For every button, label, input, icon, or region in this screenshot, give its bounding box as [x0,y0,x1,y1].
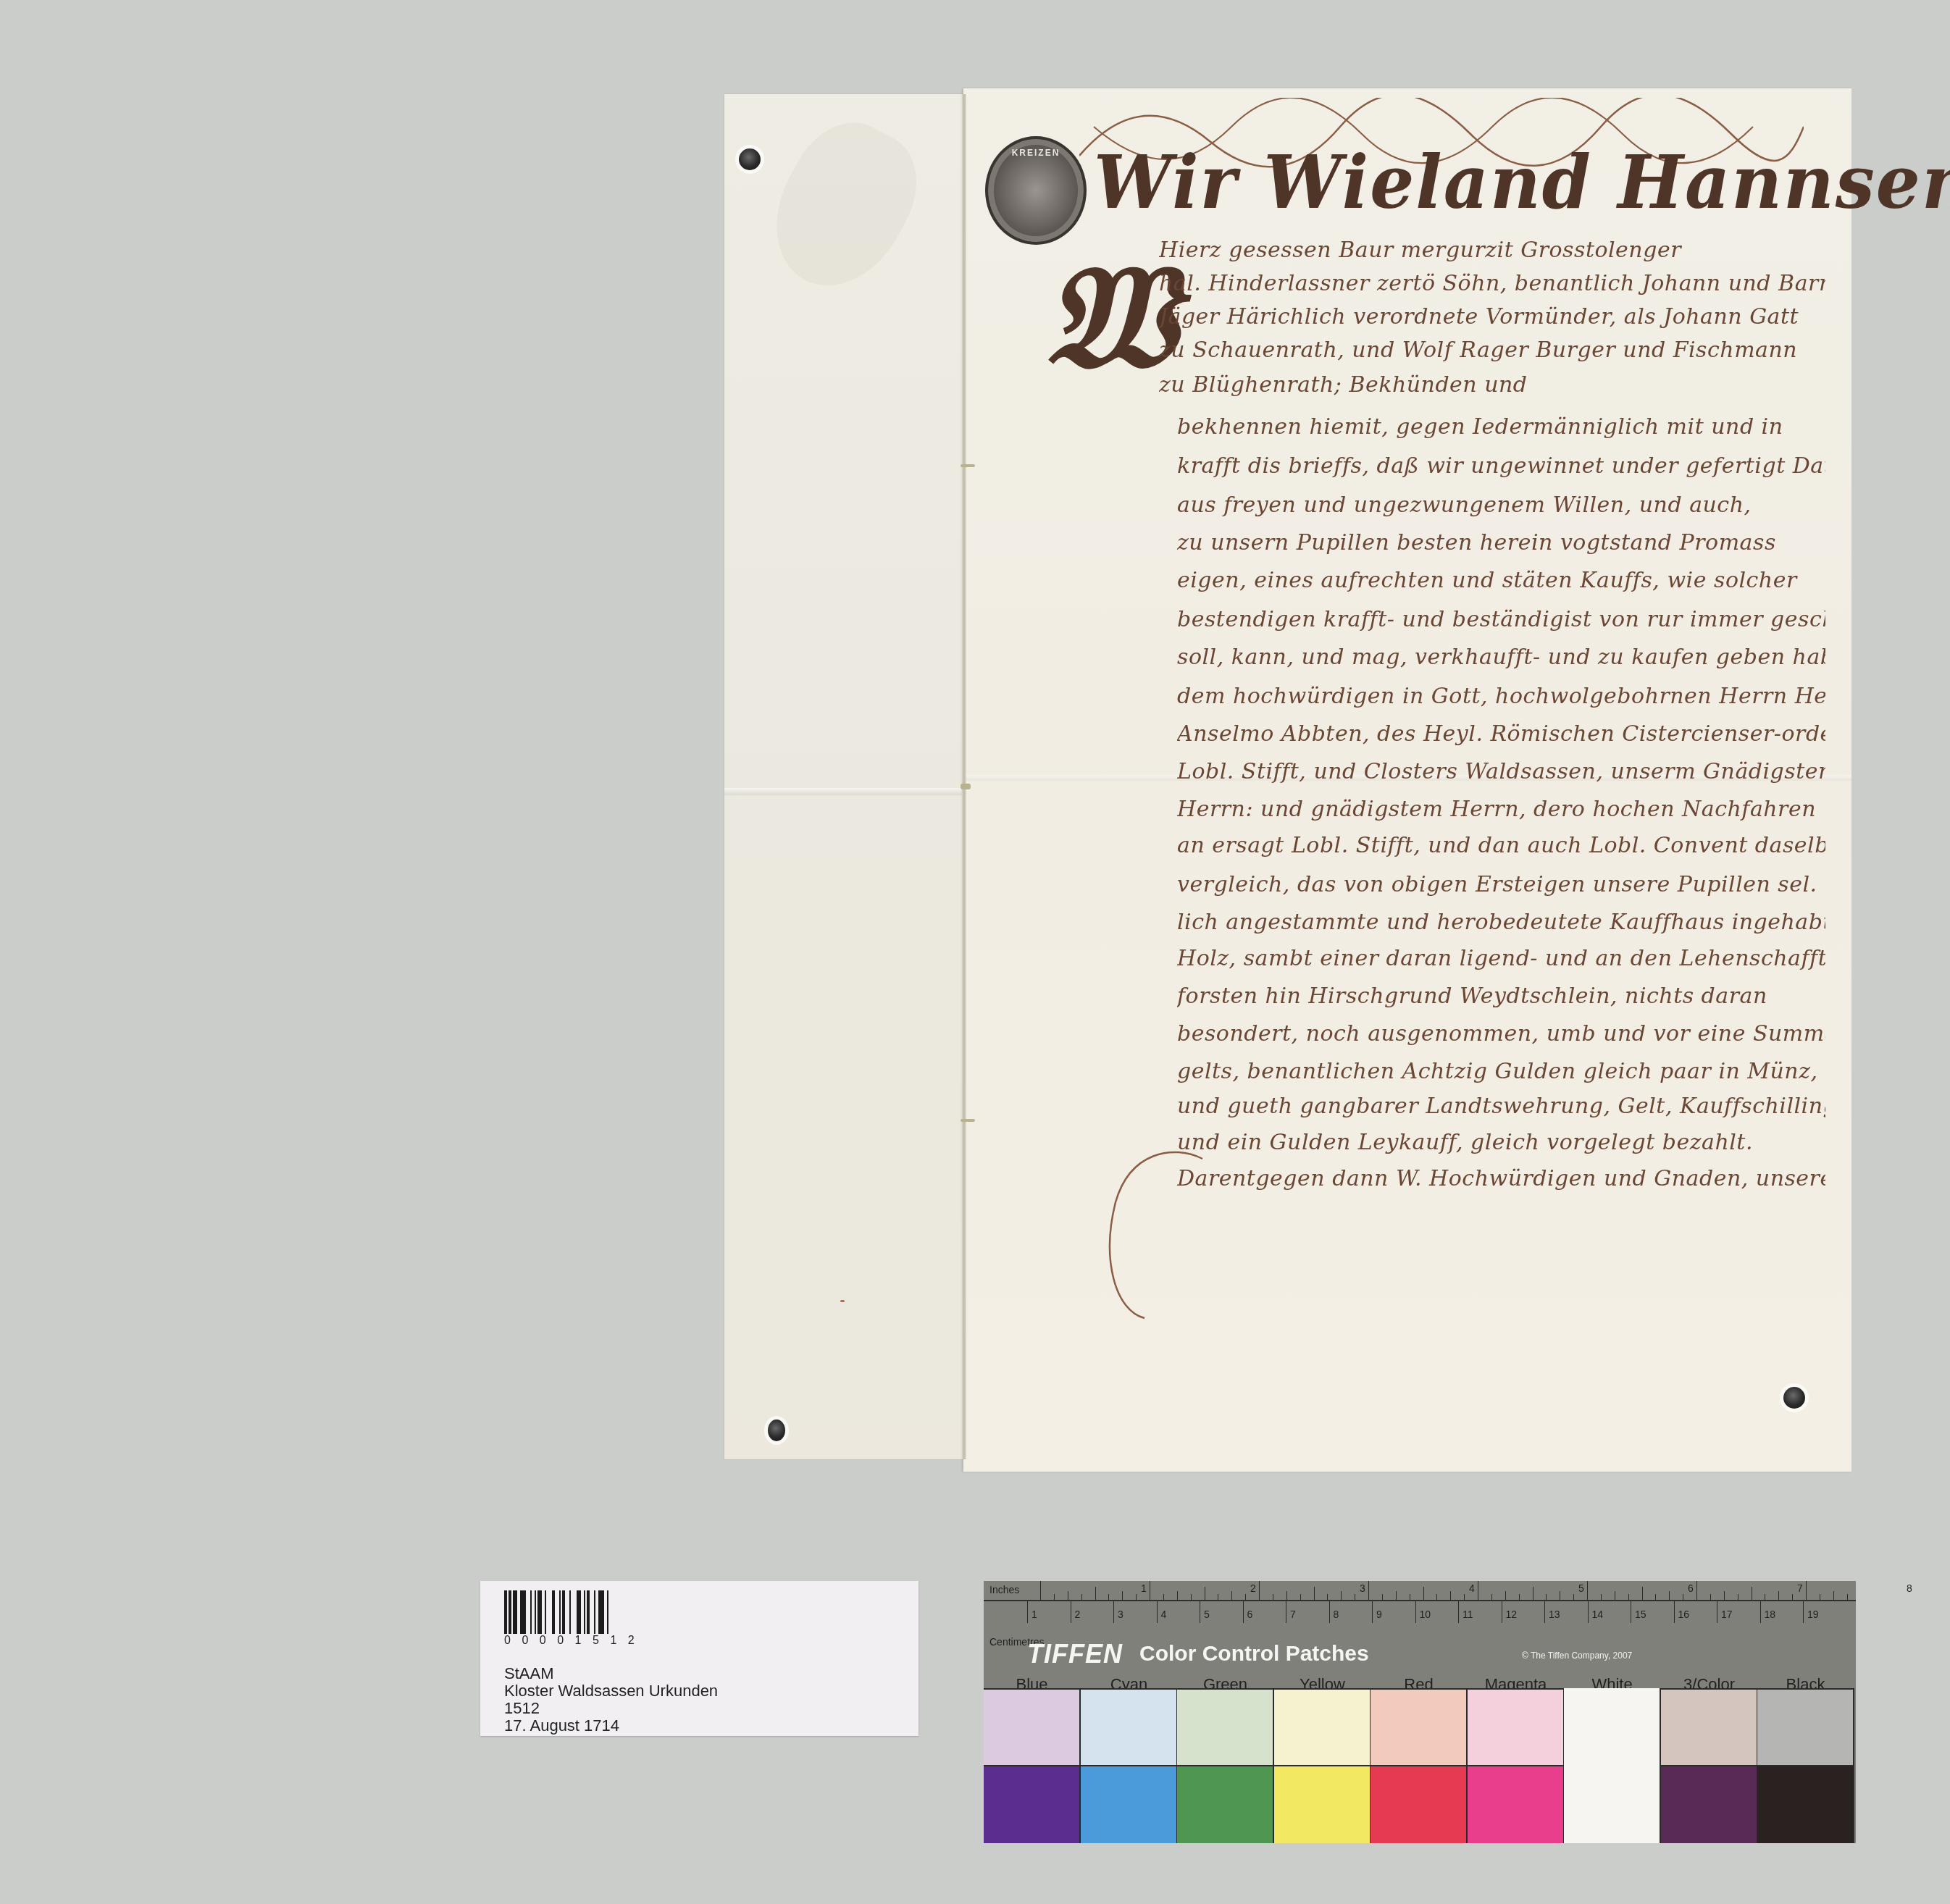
ruler-tick [1806,1581,1807,1600]
ruler-tick [1615,1591,1615,1600]
ink-speck [840,1300,845,1302]
inch-tick-label: 6 [1688,1582,1694,1594]
patch-dark-3-color [1661,1765,1758,1843]
ruler-tick [1157,1601,1158,1623]
document-heading: Wir Wieland Hannsen [1094,139,1950,225]
cm-tick-label: 19 [1807,1609,1819,1620]
ruler-tick [1696,1581,1697,1600]
patch-light-blue [984,1688,1081,1765]
color-control-chart: Inches 12345678 Centimetres TIFFEN Color… [984,1581,1856,1843]
manuscript-line: Herrn: und gnädigstem Herrn, dero hochen… [1177,797,1825,822]
ruler-tick [1113,1601,1114,1623]
manuscript-line: Lobl. Stifft, und Closters Waldsassen, u… [1177,759,1825,784]
manuscript-line: zu Schauenrath, und Wolf Rager Burger un… [1159,337,1825,363]
manuscript-line: bekhennen hiemit, gegen Iedermänniglich … [1177,414,1825,440]
manuscript-line: Jäger Härichlich verordnete Vormünder, a… [1159,304,1825,330]
binding-stitch [961,464,975,467]
ruler-tick [1803,1601,1804,1623]
manuscript-line: Holz, sambt einer daran ligend- und an d… [1177,946,1825,971]
patch-dark-cyan [1081,1765,1178,1843]
ruler-tick [1760,1601,1761,1623]
ruler-tick [1300,1594,1301,1600]
tiffen-logo: TIFFEN [1027,1639,1123,1669]
ruler-tick [1717,1601,1717,1623]
manuscript-line: bestendigen krafft- und beständigist von… [1177,607,1825,632]
manuscript-line: Hierz gesessen Baur mergurzit Grosstolen… [1159,238,1825,263]
patch-light-black [1757,1688,1854,1765]
ruler-tick [1191,1594,1192,1600]
ruler-tick [1040,1581,1041,1600]
manuscript-line: zu Blüghenrath; Bekhünden und [1159,372,1825,398]
ruler-tick [1372,1601,1373,1623]
ruler-tick [1259,1581,1260,1600]
patch-light-green [1177,1688,1274,1765]
ruler-tick [1054,1594,1055,1600]
wax-seal-icon: KREIZEN [985,136,1087,245]
ruler-tick [1752,1587,1752,1600]
inch-tick-label: 8 [1907,1582,1912,1594]
ruler-tick [1245,1594,1246,1600]
ruler-tick [1423,1587,1424,1600]
barcode-number: 00001512 [504,1635,645,1648]
chart-title: Color Control Patches [1139,1642,1369,1666]
cm-tick-label: 11 [1462,1609,1473,1620]
cm-tick-label: 15 [1635,1609,1646,1620]
inch-tick-label: 7 [1797,1582,1803,1594]
document-date: 17. August 1714 [504,1717,619,1735]
ruler-tick [1068,1591,1068,1600]
ruler-tick [1314,1587,1315,1600]
ruler-tick [1833,1591,1834,1600]
barcode-bar [571,1590,577,1634]
inch-tick-label: 3 [1360,1582,1365,1594]
ruler-tick [1410,1594,1410,1600]
ruler-tick [1136,1594,1137,1600]
ruler-tick [1327,1594,1328,1600]
cm-tick-label: 12 [1506,1609,1518,1620]
ruler-tick [1243,1601,1244,1623]
cm-tick-label: 6 [1247,1609,1253,1620]
ruler-tick [1027,1601,1028,1623]
patch-light-cyan [1081,1688,1178,1765]
ruler-tick [1122,1591,1123,1600]
patch-white [1564,1688,1661,1843]
ruler-tick [1286,1591,1287,1600]
ruler-tick [1478,1581,1478,1600]
mounting-hole-icon [739,148,761,170]
manuscript-line: soll, kann, und mag, verkhaufft- und zu … [1177,645,1825,670]
ruler-tick [1231,1591,1232,1600]
ruler-tick [1436,1594,1437,1600]
binding-stitch [961,784,971,789]
ruler-tick [1765,1594,1765,1600]
ruler-tick [1218,1594,1218,1600]
document-number: 1512 [504,1700,540,1717]
collection-name: Kloster Waldsassen Urkunden [504,1682,718,1700]
ruler-tick [1792,1594,1793,1600]
patch-dark-red [1371,1765,1468,1843]
patch-dark-green [1177,1765,1274,1843]
archive-label: 00001512 StAAM Kloster Waldsassen Urkund… [480,1581,918,1736]
decorative-initial: 𝔚 [1043,232,1175,403]
cm-tick-label: 1 [1032,1609,1037,1620]
ruler-tick [1724,1591,1725,1600]
manuscript-line: krafft dis brieffs, daß wir ungewinnet u… [1177,453,1825,479]
ruler-tick [1341,1591,1342,1600]
manuscript-line: an ersagt Lobl. Stifft, und dan auch Lob… [1177,833,1825,858]
ruler-tick [1544,1601,1545,1623]
cm-tick-label: 13 [1549,1609,1560,1620]
ruler-tick [1450,1591,1451,1600]
barcode-icon [504,1590,613,1634]
cm-tick-label: 18 [1765,1609,1776,1620]
ruler-tick [1415,1601,1416,1623]
barcode-bar [546,1590,552,1634]
manuscript-line: gelts, benantlichen Achtzig Gulden gleic… [1177,1059,1825,1084]
ruler-tick [1601,1594,1602,1600]
ruler-tick [1200,1601,1200,1623]
ruler-tick [1519,1594,1520,1600]
manuscript-line: zu unsern Pupillen besten herein vogtsta… [1177,530,1825,555]
ruler-tick [1710,1594,1711,1600]
ruler-tick [1546,1594,1547,1600]
ruler-tick [1683,1594,1683,1600]
inch-tick-label: 4 [1469,1582,1475,1594]
ruler-tick [1273,1594,1273,1600]
cm-tick-label: 9 [1376,1609,1382,1620]
ruler-tick [1464,1594,1465,1600]
manuscript-line: und gueth gangbarer Landtswehrung, Gelt,… [1177,1094,1825,1119]
chart-copyright: © The Tiffen Company, 2007 [1522,1651,1632,1661]
manuscript-line: forsten hin Hirschgrund Weydtschlein, ni… [1177,984,1825,1009]
inches-label: Inches [989,1584,1019,1595]
manuscript-line: hal. Hinderlassner zertö Söhn, benantlic… [1159,271,1825,296]
ruler-tick [1382,1594,1383,1600]
inch-ruler: Inches 12345678 [984,1581,1856,1601]
ruler-tick [1587,1581,1588,1600]
ruler-tick [1642,1587,1643,1600]
ruler-tick [1778,1591,1779,1600]
ruler-tick [1368,1581,1369,1600]
ruler-tick [1108,1594,1109,1600]
ruler-tick [1163,1594,1164,1600]
ruler-tick [1738,1594,1738,1600]
manuscript-line: Anselmo Abbten, des Heyl. Römischen Cist… [1177,721,1825,747]
cm-tick-label: 3 [1118,1609,1123,1620]
ruler-tick [1071,1601,1071,1623]
manuscript-line: lich angestammte und herobedeutete Kauff… [1177,910,1825,935]
cm-tick-label: 14 [1592,1609,1604,1620]
ruler-tick [1847,1594,1848,1600]
ruler-tick [1355,1594,1355,1600]
patch-dark-yellow [1274,1765,1371,1843]
manuscript-line: eigen, eines aufrechten und stäten Kauff… [1177,568,1825,593]
ruler-tick [1505,1591,1506,1600]
inch-tick-label: 5 [1578,1582,1584,1594]
ruler-tick [1095,1587,1096,1600]
ruler-tick [1502,1601,1502,1623]
mounting-hole-icon [1783,1387,1805,1409]
cm-tick-label: 8 [1334,1609,1339,1620]
calligraphic-swash-icon [1087,1144,1231,1325]
inch-tick-label: 2 [1250,1582,1256,1594]
patch-light-3-color [1661,1688,1758,1765]
ruler-tick [1205,1587,1205,1600]
ruler-tick [1329,1601,1330,1623]
patch-dark-magenta [1468,1765,1565,1843]
ruler-tick [1631,1601,1631,1623]
cm-tick-label: 4 [1161,1609,1167,1620]
ruler-tick [1396,1591,1397,1600]
barcode-bar [520,1590,526,1634]
document-back-flap [724,94,965,1459]
seal-imprint-ghost [750,104,937,309]
ruler-tick [1573,1594,1574,1600]
ruler-tick [1820,1594,1820,1600]
ruler-tick [1655,1594,1656,1600]
barcode-bar [598,1590,604,1634]
manuscript-line: besondert, noch ausgenommen, umb und vor… [1177,1021,1825,1047]
patch-dark-blue [984,1765,1081,1843]
fold-crease [724,788,965,795]
patch-light-red [1371,1688,1468,1765]
inch-tick-label: 1 [1141,1582,1147,1594]
manuscript-line: Darentgegen dann W. Hochwürdigen und Gna… [1177,1166,1825,1191]
ruler-tick [1628,1594,1629,1600]
ruler-tick [1533,1587,1533,1600]
manuscript-line: vergleich, das von obigen Ersteigen unse… [1177,872,1825,897]
cm-tick-label: 10 [1420,1609,1431,1620]
manuscript-line: dem hochwürdigen in Gott, hochwolgebohrn… [1177,684,1825,709]
binding-spine [962,94,966,1459]
ruler-tick [1674,1601,1675,1623]
ruler-tick [1588,1601,1589,1623]
ruler-tick [1177,1591,1178,1600]
patch-light-yellow [1274,1688,1371,1765]
mounting-hole-icon [768,1419,785,1441]
ruler-tick [1286,1601,1286,1623]
barcode-bar [608,1590,613,1634]
ruler-tick [1669,1591,1670,1600]
manuscript-line: und ein Gulden Leykauff, gleich vorgeleg… [1177,1130,1825,1155]
cm-tick-label: 7 [1290,1609,1296,1620]
archive-name: StAAM [504,1665,553,1682]
cm-tick-label: 5 [1204,1609,1210,1620]
ruler-tick [1458,1601,1459,1623]
cm-tick-label: 2 [1075,1609,1081,1620]
ruler-tick [1560,1591,1560,1600]
ruler-tick [1491,1594,1492,1600]
ruler-tick [1081,1594,1082,1600]
patch-light-magenta [1468,1688,1565,1765]
manuscript-line: aus freyen und ungezwungenem Willen, und… [1177,492,1825,518]
cm-tick-label: 17 [1721,1609,1733,1620]
cm-tick-label: 16 [1678,1609,1690,1620]
ruler-tick [1150,1581,1150,1600]
binding-stitch [961,1119,975,1122]
patch-dark-black [1757,1765,1854,1843]
